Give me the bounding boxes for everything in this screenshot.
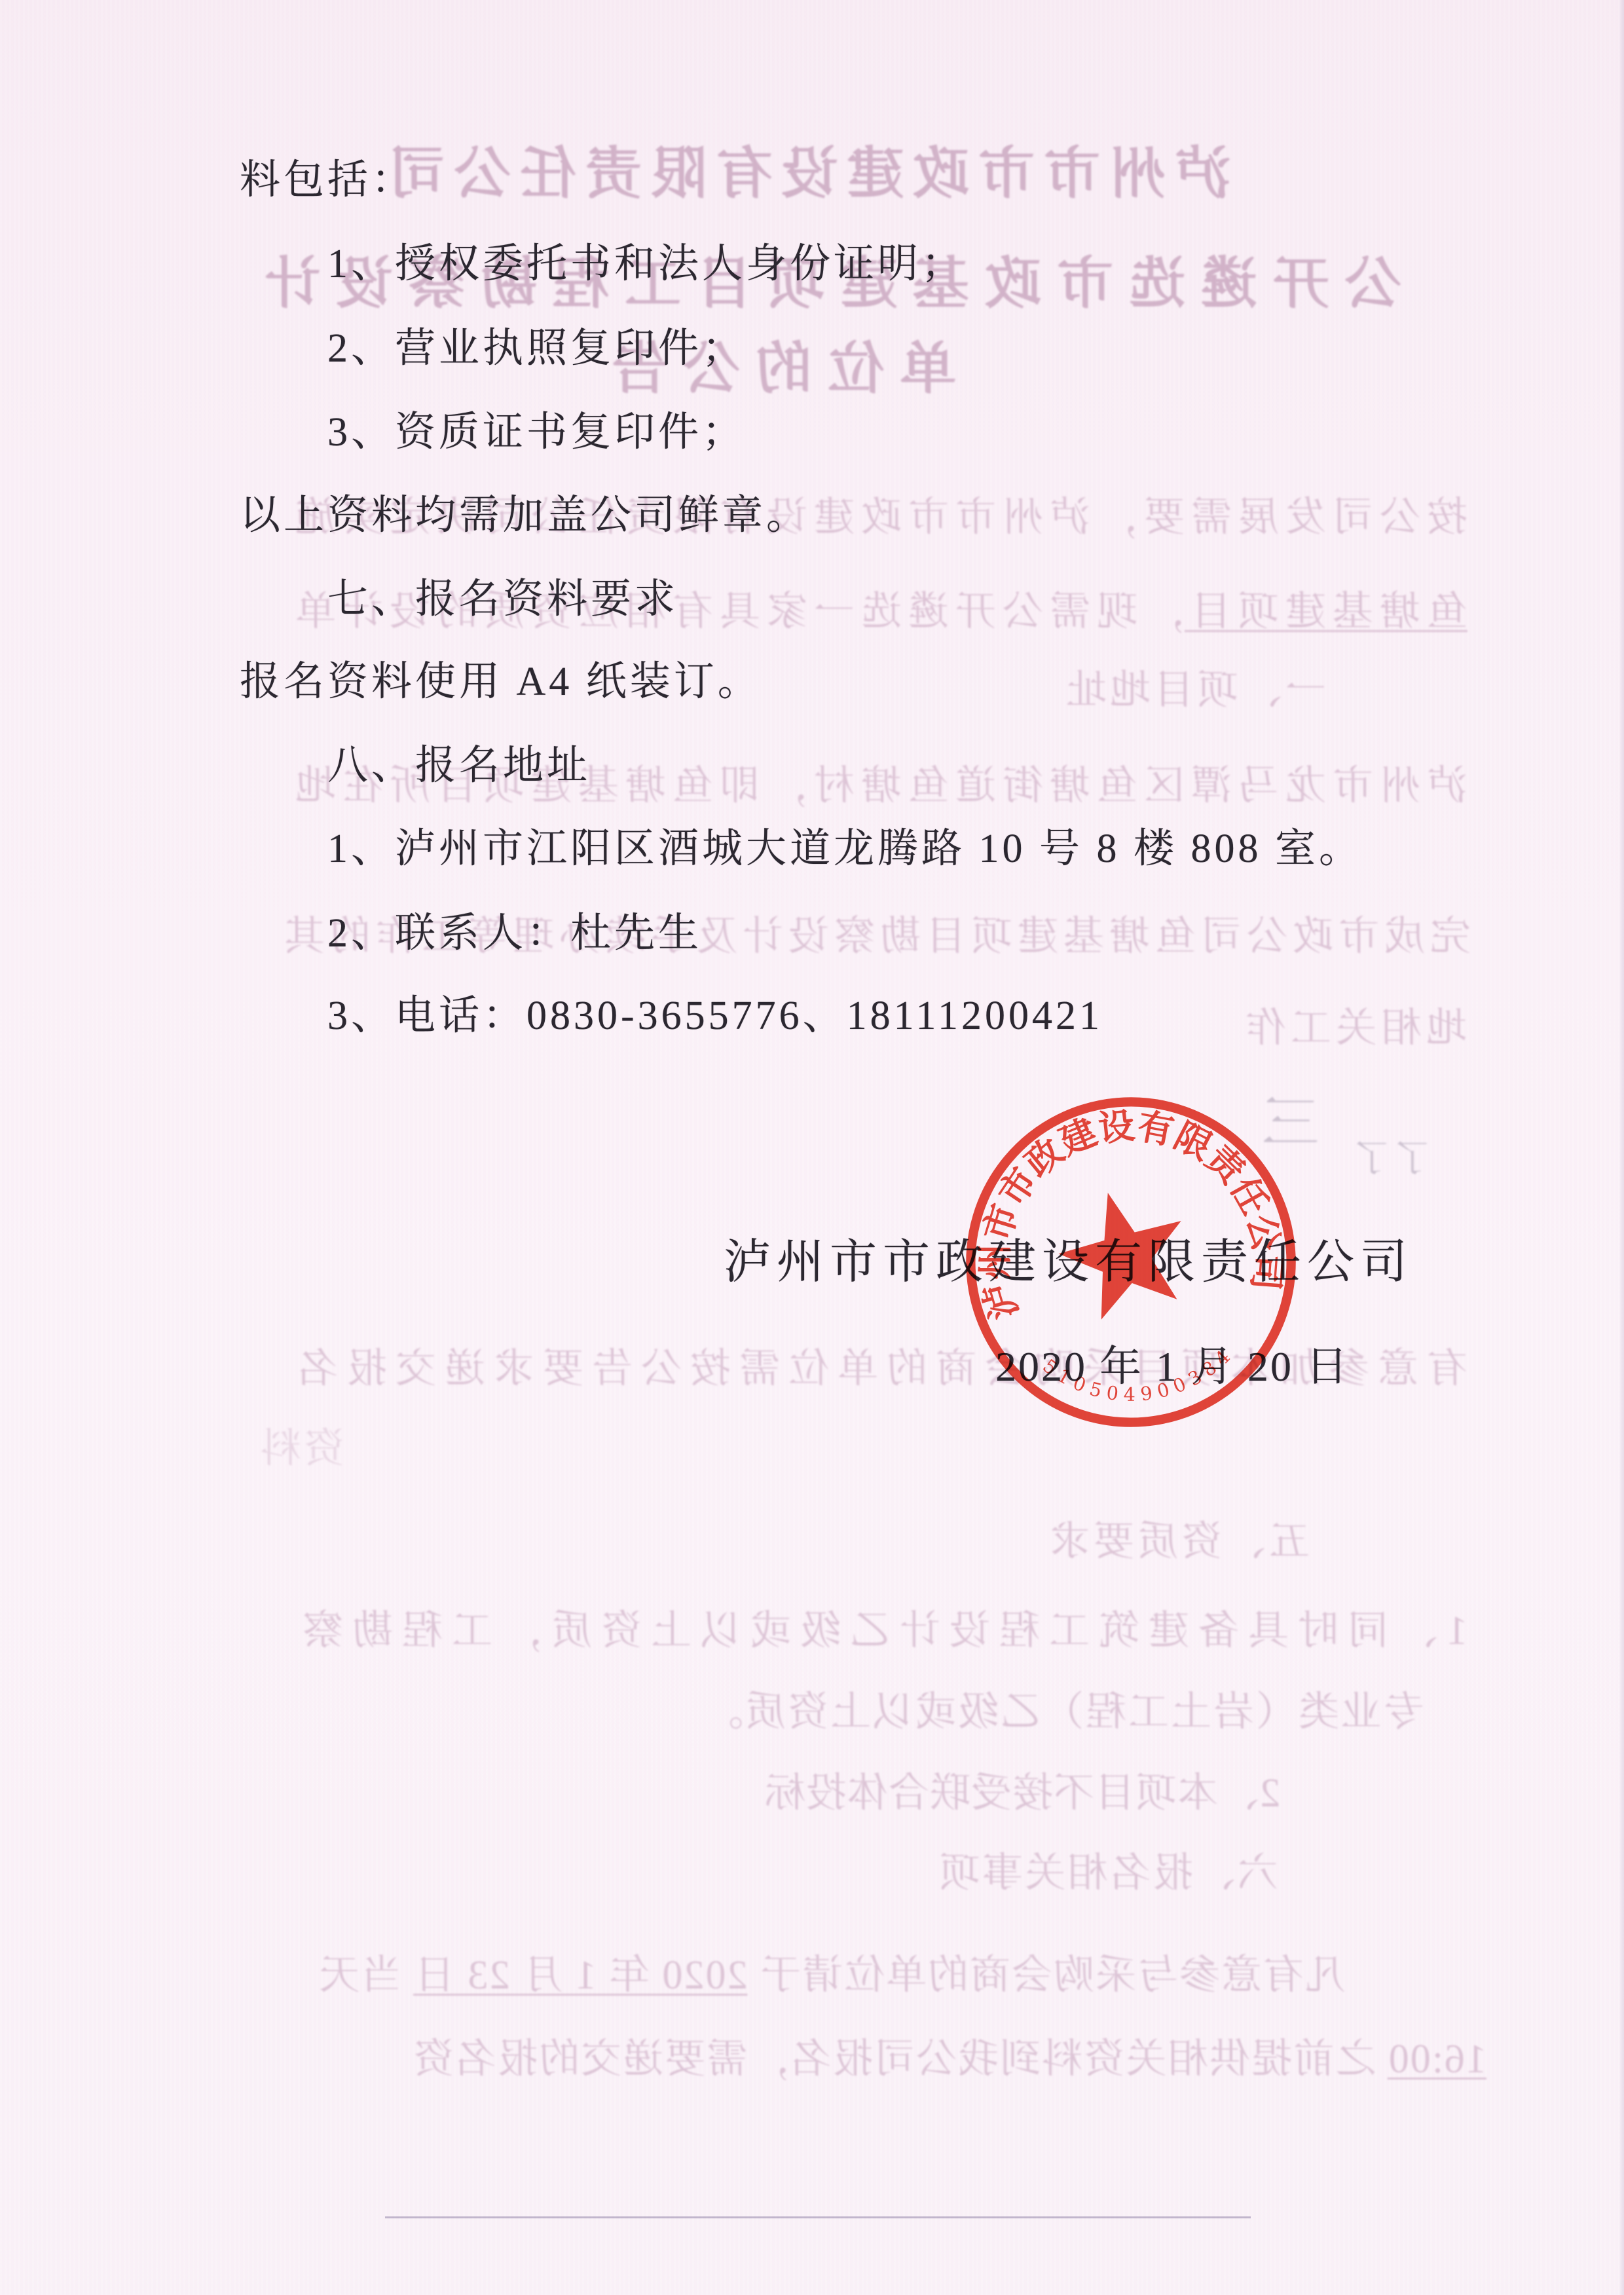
paragraph-seal-note: 以上资料均需加盖公司鲜章。 [240,493,810,539]
bleed-time-rest: 之前提供相关资料到我公司报名，需要递交的报名资 [412,2037,1388,2081]
bleed-underlined-date: 2020 年 1 月 23 日 [413,1953,748,1998]
bleed-section6-heading: 六、报名相关事项 [931,1851,1278,1895]
bleed-section5-heading: 五、资质要求 [1035,1520,1310,1564]
list-item-authorization: 1、授权委托书和法人身份证明； [327,241,965,288]
bleed-date-pre: 凡有意参与采购会商的单位请于 [747,1953,1346,1998]
bleed-deadline-time-line: 16:00 之前提供相关资料到我公司报名，需要递交的报名资 [242,2037,1486,2081]
bleed-title-line1: 泸州市市政建设有限责任公司 [370,143,1231,205]
list-item-address: 1、泸州市江阳区酒城大道龙腾路 10 号 8 楼 808 室。 [327,826,1363,872]
bleed-deadline-date-line: 凡有意参与采购会商的单位请于 2020 年 1 月 23 日 当天 [288,1953,1346,1998]
seal-graphic: 泸州市市政建设有限责任公司 5105049003844 [943,1074,1319,1450]
footer-bleed-rule [385,2216,1251,2218]
bleed-section-address-heading: 一、项目地址 [1061,668,1326,713]
section8-heading: 八、报名地址 [327,743,591,789]
section7-body: 报名资料使用 A4 纸装订。 [240,659,762,705]
bleed-underlined-time: 16:00 [1388,2037,1486,2081]
list-item-phone: 3、电话：0830-3655776、18111200421 [327,993,1103,1039]
bleed-date-post: 当天 [318,1953,413,1998]
bleed-ziliao-line: 资料 [240,1427,344,1471]
list-item-business-license: 2、营业执照复印件； [327,326,746,372]
bleed-qualification-line2: 专业类（岩土工程）乙级或以上资质。 [697,1690,1424,1734]
paragraph-materials-include: 料包括： [240,157,415,204]
bleed-underlined-project: 鱼塘基建项目 [1185,589,1467,634]
seal-star-icon [1054,1187,1189,1323]
scanned-document-page: 泸州市市政建设有限责任公司 公开遴选市政基建项目工程勘察设计 单位的公告 按公司… [0,0,1624,2295]
bleed-no-consortium-line: 2、本项目不接受联合体投标 [743,1771,1280,1816]
company-seal-stamp: 泸州市市政建设有限责任公司 5105049003844 [943,1074,1319,1450]
bleed-related-work-line: 地相关工作 [1218,1006,1467,1051]
bleed-qualification-line1: 1、同时具备建筑工程设计乙级或以上资质，工程勘察 [240,1609,1467,1653]
list-item-qualification: 3、资质证书复印件； [327,409,746,456]
list-item-contact-person: 2、联系人：杜先生 [327,910,702,957]
section7-heading: 七、报名资料要求 [327,576,678,623]
bleed-fragment-hooks: 了了 [1346,1140,1431,1180]
